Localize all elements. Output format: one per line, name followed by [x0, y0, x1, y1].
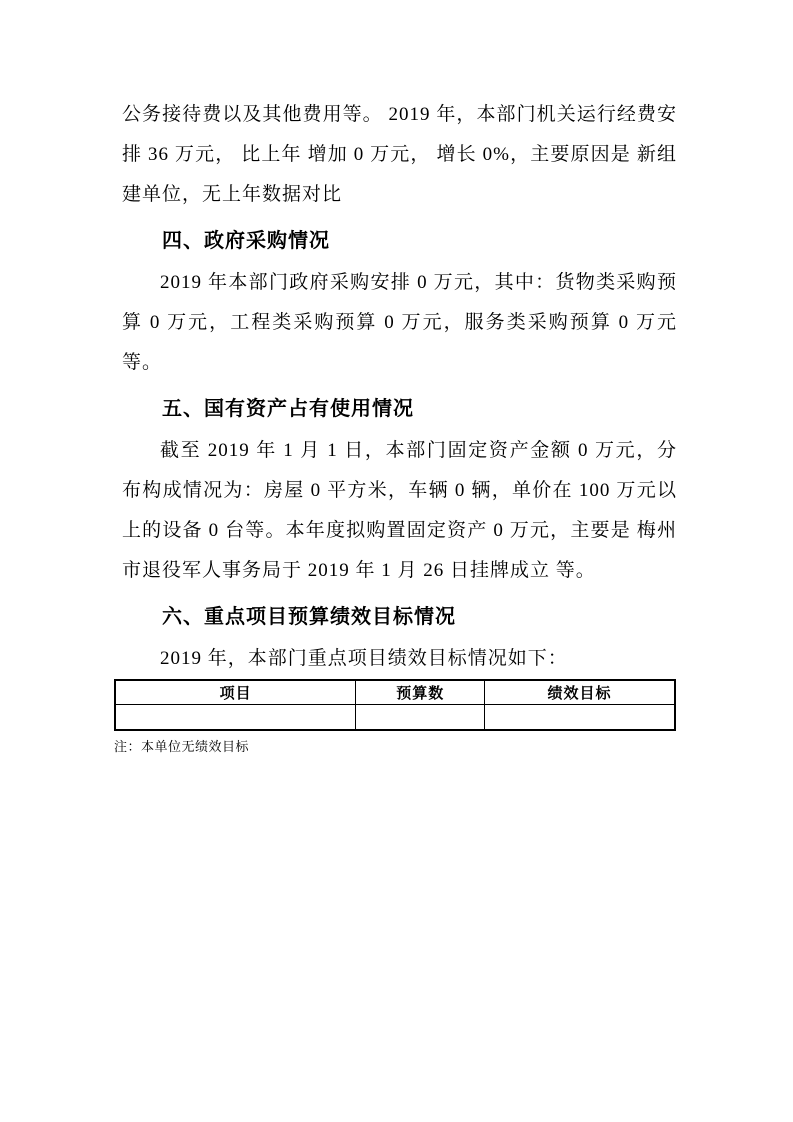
performance-target-table: 项目 预算数 绩效目标 [114, 679, 676, 731]
table-row [115, 705, 675, 731]
document-page: 公务接待费以及其他费用等。 2019 年，本部门机关运行经费安排 36 万元， … [0, 0, 793, 1122]
section-paragraph-government-procurement: 2019 年本部门政府采购安排 0 万元，其中：货物类采购预算 0 万元，工程类… [122, 263, 677, 383]
section-paragraph-state-assets: 截至 2019 年 1 月 1 日，本部门固定资产金额 0 万元，分布构成情况为… [122, 431, 677, 591]
table-cell-performance-target [485, 705, 675, 731]
table-note: 注：本单位无绩效目标 [114, 738, 677, 756]
table-header-project: 项目 [115, 680, 356, 705]
section-heading-state-assets: 五、国有资产占有使用情况 [122, 389, 677, 429]
section-heading-performance-targets: 六、重点项目预算绩效目标情况 [122, 597, 677, 637]
table-cell-budget-amount [356, 705, 485, 731]
table-header-performance-target: 绩效目标 [485, 680, 675, 705]
table-cell-project [115, 705, 356, 731]
intro-paragraph: 公务接待费以及其他费用等。 2019 年，本部门机关运行经费安排 36 万元， … [122, 95, 677, 215]
section-heading-government-procurement: 四、政府采购情况 [122, 221, 677, 261]
table-header-row: 项目 预算数 绩效目标 [115, 680, 675, 705]
section-paragraph-performance-targets: 2019 年，本部门重点项目绩效目标情况如下： [122, 639, 677, 679]
table-header-budget-amount: 预算数 [356, 680, 485, 705]
